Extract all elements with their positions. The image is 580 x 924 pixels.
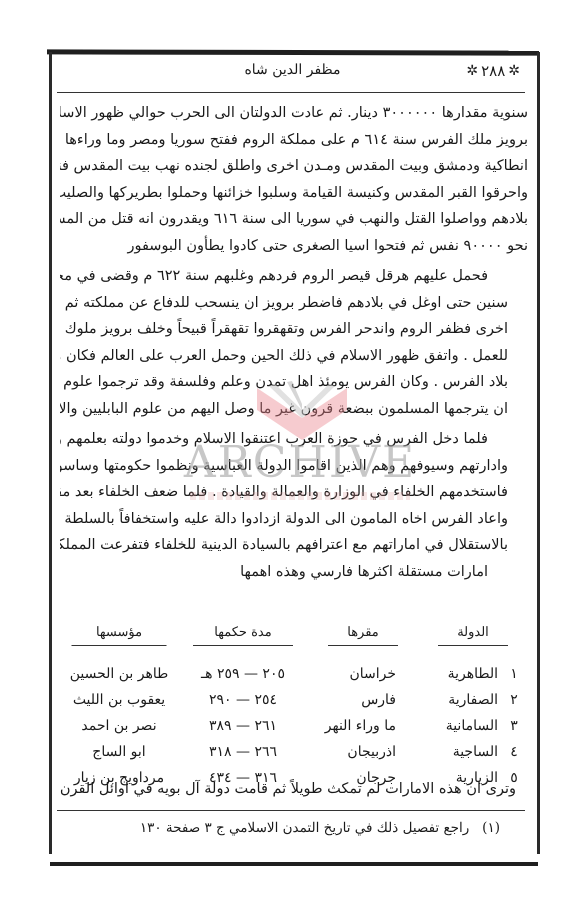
header-divider [57, 92, 525, 93]
state-name: الساجية [453, 744, 498, 760]
text-line: بلاد الفرس . وكان الفرس يومئذ اهل تمدن و… [60, 369, 528, 396]
text-line: نحو ٩٠٠٠٠ نفس ثم فتحوا اسيا الصغرى حتى ك… [60, 233, 528, 260]
text-line: برويز ملك الفرس سنة ٦١٤ م على مملكة الرو… [60, 127, 528, 154]
text-line: بلادهم وواصلوا القتل والنهب في سوريا الى… [60, 206, 528, 233]
period-cell: ٢٦٦ — ٣١٨ [178, 744, 308, 760]
text-line: فحمل عليهم هرقل قيصر الروم فردهم وغلبهم … [60, 263, 528, 290]
text-line: ان يترجمها المسلمون ببضعة قرون غير ما وص… [60, 396, 528, 423]
header-seat: مقرها [308, 625, 418, 640]
row-number: ٤ [508, 744, 520, 760]
text-line: للعمل . واتفق ظهور الاسلام في ذلك الحين … [60, 343, 528, 370]
founder-cell: يعقوب بن الليث [60, 692, 178, 708]
table-row: ٣ السامانية ما وراء النهر ٢٦١ — ٣٨٩ نصر … [60, 713, 528, 739]
paragraph-3: فلما دخل الفرس في حوزة العرب اعتنقوا الا… [60, 426, 528, 585]
closing-line: وترى ان هذه الامارات لم تمكث طويلاً ثم ق… [60, 776, 528, 802]
text-line: واحرقوا القبر المقدس وكنيسة القيامة وسلب… [60, 180, 528, 207]
state-cell: ٤ الساجية [418, 744, 528, 760]
seat-cell: اذربيجان [308, 744, 418, 760]
text-line: سنين حتى اوغل في بلادهم فاضطر برويز ان ي… [60, 290, 528, 317]
table-row: ٢ الصفارية فارس ٢٥٤ — ٢٩٠ يعقوب بن الليث [60, 687, 528, 713]
text-line: امارات مستقلة اكثرها فارسي وهذه اهمها [60, 559, 528, 586]
table-row: ٤ الساجية اذربيجان ٢٦٦ — ٣١٨ ابو الساج [60, 739, 528, 765]
state-name: الصفارية [448, 692, 498, 708]
row-number: ٣ [508, 718, 520, 734]
text-line: سنوية مقدارها ٣٠٠٠٠٠٠ دينار. ثم عادت الد… [60, 100, 528, 127]
footnote-marker: (١) [482, 820, 500, 836]
text-line: وادارتهم وسيوفهم وهم الذين اقاموا الدولة… [60, 453, 528, 480]
state-name: الطاهرية [448, 666, 498, 682]
table-body: ١ الطاهرية خراسان ٢٠٥ — ٢٥٩ هـ طاهر بن ا… [60, 661, 528, 791]
table-header-row: الدولة مقرها مدة حكمها مؤسسها [60, 617, 528, 647]
header-state: الدولة [418, 625, 528, 640]
text-line: فلما دخل الفرس في حوزة العرب اعتنقوا الا… [60, 426, 528, 453]
state-cell: ١ الطاهرية [418, 666, 528, 682]
page-border-bottom [50, 862, 538, 866]
emirates-table: الدولة مقرها مدة حكمها مؤسسها ١ الطاهرية… [60, 617, 528, 791]
header-period: مدة حكمها [178, 625, 308, 640]
founder-cell: طاهر بن الحسين [60, 666, 178, 682]
row-number: ٢ [508, 692, 520, 708]
text-line: انطاكية ودمشق وبيت المقدس ومـدن اخرى واط… [60, 153, 528, 180]
founder-cell: ابو الساج [60, 744, 178, 760]
state-name: السامانية [446, 718, 498, 734]
text-line: بالاستقلال في اماراتهم مع اعترافهم بالسي… [60, 532, 528, 559]
body-text: سنوية مقدارها ٣٠٠٠٠٠٠ دينار. ثم عادت الد… [60, 100, 528, 585]
period-cell: ٢٥٤ — ٢٩٠ [178, 692, 308, 708]
table-row: ١ الطاهرية خراسان ٢٠٥ — ٢٥٩ هـ طاهر بن ا… [60, 661, 528, 687]
paragraph-2: فحمل عليهم هرقل قيصر الروم فردهم وغلبهم … [60, 263, 528, 422]
text-line: فاستخدمهم الخلفاء في الوزارة والعمالة وا… [60, 479, 528, 506]
text-line: اخرى فظفر الروم واندحر الفرس وتقهقروا تق… [60, 316, 528, 343]
seat-cell: ما وراء النهر [308, 718, 418, 734]
footnote-divider [57, 810, 525, 811]
state-cell: ٢ الصفارية [418, 692, 528, 708]
running-title: مظفر الدين شاه [55, 62, 530, 78]
period-cell: ٢٠٥ — ٢٥٩ هـ [178, 666, 308, 682]
state-cell: ٣ السامانية [418, 718, 528, 734]
header-founder: مؤسسها [60, 625, 178, 640]
founder-cell: نصر بن احمد [60, 718, 178, 734]
footnote-text: راجع تفصيل ذلك في تاريخ التمدن الاسلامي … [140, 820, 469, 836]
footnote: (١) راجع تفصيل ذلك في تاريخ التمدن الاسل… [60, 817, 500, 839]
period-cell: ٢٦١ — ٣٨٩ [178, 718, 308, 734]
text-line: واعاد الفرس اخاه المامون الى الدولة ازدا… [60, 506, 528, 533]
seat-cell: فارس [308, 692, 418, 708]
paragraph-1: سنوية مقدارها ٣٠٠٠٠٠٠ دينار. ثم عادت الد… [60, 100, 528, 259]
seat-cell: خراسان [308, 666, 418, 682]
row-number: ١ [508, 666, 520, 682]
page-header: ✲ ٢٨٨ ✲ مظفر الدين شاه [55, 58, 530, 88]
